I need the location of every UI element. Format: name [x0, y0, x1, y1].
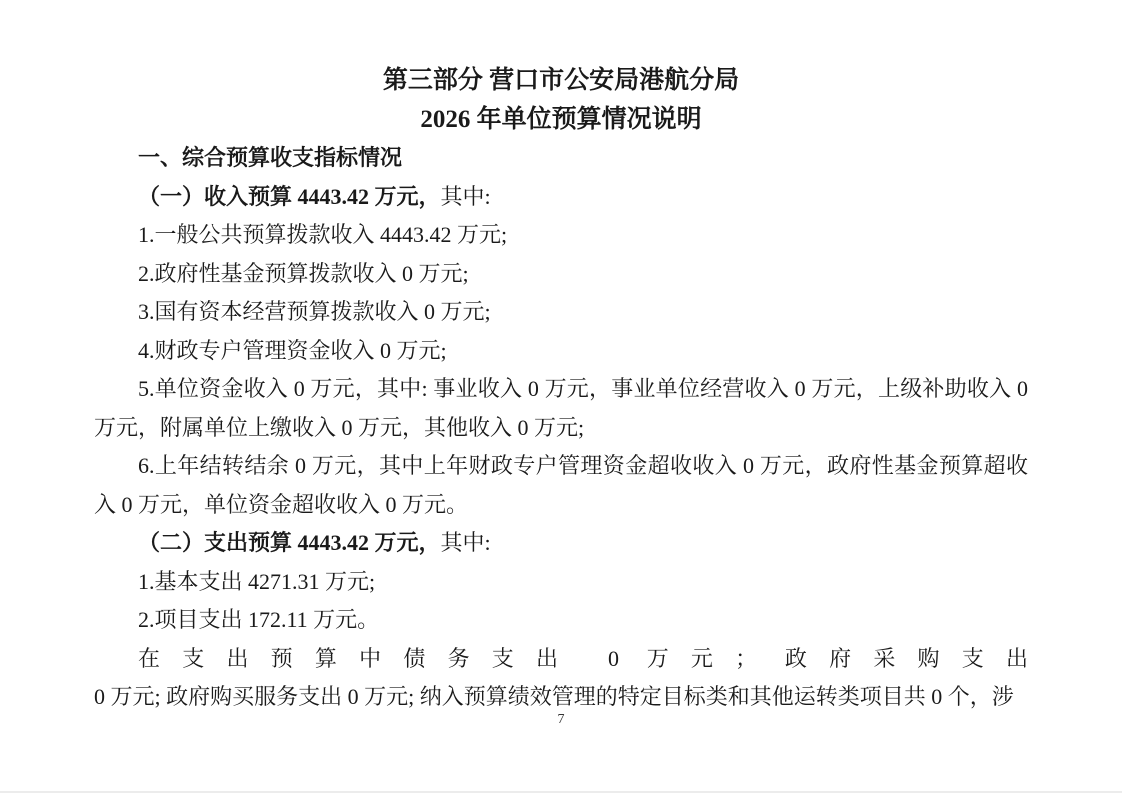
expense-item-1: 1.基本支出 4271.31 万元;: [94, 563, 1028, 602]
expense-lead-line: （二）支出预算 4443.42 万元，其中:: [94, 524, 1028, 563]
income-item-6-line-1: 6.上年结转结余 0 万元，其中上年财政专户管理资金超收收入 0 万元，政府性基…: [94, 447, 1028, 486]
income-item-5-line-2: 万元，附属单位上缴收入 0 万元，其他收入 0 万元;: [94, 409, 1028, 448]
expense-lead-bold: （二）支出预算 4443.42 万元，: [138, 530, 441, 555]
income-lead-rest: 其中:: [441, 184, 491, 209]
income-item-6-line-2: 入 0 万元，单位资金超收收入 0 万元。: [94, 486, 1028, 525]
expense-paragraph-line-1: 在支出预算中债务支出 0 万元； 政府采购支出: [94, 640, 1028, 679]
expense-item-2: 2.项目支出 172.11 万元。: [94, 601, 1028, 640]
section-heading: 一、综合预算收支指标情况: [94, 139, 1028, 178]
document-page: 第三部分 营口市公安局港航分局 2026 年单位预算情况说明 一、综合预算收支指…: [0, 0, 1122, 793]
expense-lead-rest: 其中:: [441, 530, 491, 555]
income-item-1: 1.一般公共预算拨款收入 4443.42 万元;: [94, 216, 1028, 255]
income-item-5-line-1: 5.单位资金收入 0 万元，其中: 事业收入 0 万元，事业单位经营收入 0 万…: [94, 370, 1028, 409]
document-title-line-1: 第三部分 营口市公安局港航分局: [94, 62, 1028, 101]
document-title-line-2: 2026 年单位预算情况说明: [94, 101, 1028, 140]
income-item-2: 2.政府性基金预算拨款收入 0 万元;: [94, 255, 1028, 294]
income-lead-line: （一）收入预算 4443.42 万元，其中:: [94, 178, 1028, 217]
income-item-4: 4.财政专户管理资金收入 0 万元;: [94, 332, 1028, 371]
income-item-3: 3.国有资本经营预算拨款收入 0 万元;: [94, 293, 1028, 332]
income-lead-bold: （一）收入预算 4443.42 万元，: [138, 184, 441, 209]
page-number: 7: [0, 711, 1122, 729]
